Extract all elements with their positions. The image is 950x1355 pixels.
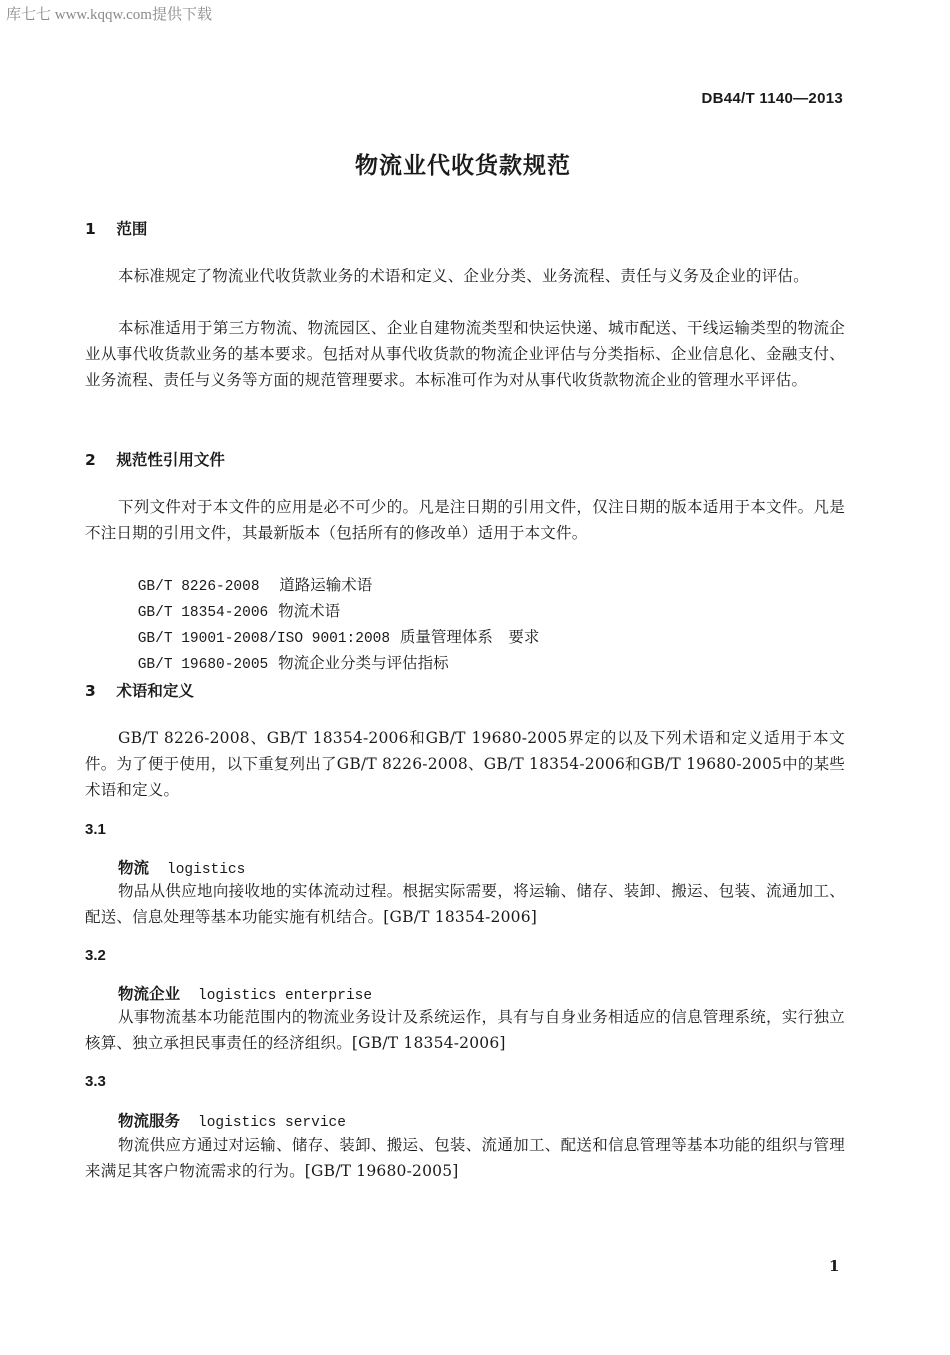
term-english: logistics enterprise xyxy=(198,988,372,1004)
paragraph: 本标准规定了物流业代收货款业务的术语和定义、企业分类、业务流程、责任与义务及企业… xyxy=(85,263,845,289)
paragraph: GB/T 8226-2008、GB/T 18354-2006和GB/T 1968… xyxy=(85,725,845,803)
section-title: 范围 xyxy=(116,220,147,238)
term-chinese: 物流 xyxy=(118,858,149,877)
term-chinese: 物流企业 xyxy=(118,984,180,1003)
paragraph: 本标准适用于第三方物流、物流园区、企业自建物流类型和快运快递、城市配送、干线运输… xyxy=(85,315,845,393)
term-definition: 物流供应方通过对运输、储存、装卸、搬运、包装、流通加工、配送和信息管理等基本功能… xyxy=(85,1132,845,1184)
section-number: 2 xyxy=(85,451,111,469)
section-heading-terms-definitions: 3 术语和定义 xyxy=(85,679,194,701)
section-title: 术语和定义 xyxy=(116,682,194,700)
section-title: 规范性引用文件 xyxy=(116,451,225,469)
section-heading-normative-references: 2 规范性引用文件 xyxy=(85,448,225,470)
document-code: DB44/T 1140—2013 xyxy=(701,90,843,107)
section-number: 3 xyxy=(85,682,111,700)
term-english: logistics service xyxy=(198,1115,346,1131)
subsection-number: 3.3 xyxy=(85,1073,106,1090)
reference-code: GB/T 19680-2005 xyxy=(138,657,269,673)
section-number: 1 xyxy=(85,220,111,238)
subsection-number: 3.1 xyxy=(85,821,106,838)
page-title: 物流业代收货款规范 xyxy=(0,147,926,180)
subsection-number: 3.2 xyxy=(85,947,106,964)
paragraph: 下列文件对于本文件的应用是必不可少的。凡是注日期的引用文件，仅注日期的版本适用于… xyxy=(85,494,845,546)
term-definition: 物品从供应地向接收地的实体流动过程。根据实际需要，将运输、储存、装卸、搬运、包装… xyxy=(85,878,845,930)
reference-title: 物流企业分类与评估指标 xyxy=(278,654,449,672)
section-heading-scope: 1 范围 xyxy=(85,217,147,239)
term-definition: 从事物流基本功能范围内的物流业务设计及系统运作，具有与自身业务相适应的信息管理系… xyxy=(85,1004,845,1056)
page-number: 1 xyxy=(829,1257,839,1275)
term-english: logistics xyxy=(167,862,245,878)
term-chinese: 物流服务 xyxy=(118,1111,180,1130)
watermark-text: 库七七 www.kqqw.com提供下载 xyxy=(6,3,212,24)
